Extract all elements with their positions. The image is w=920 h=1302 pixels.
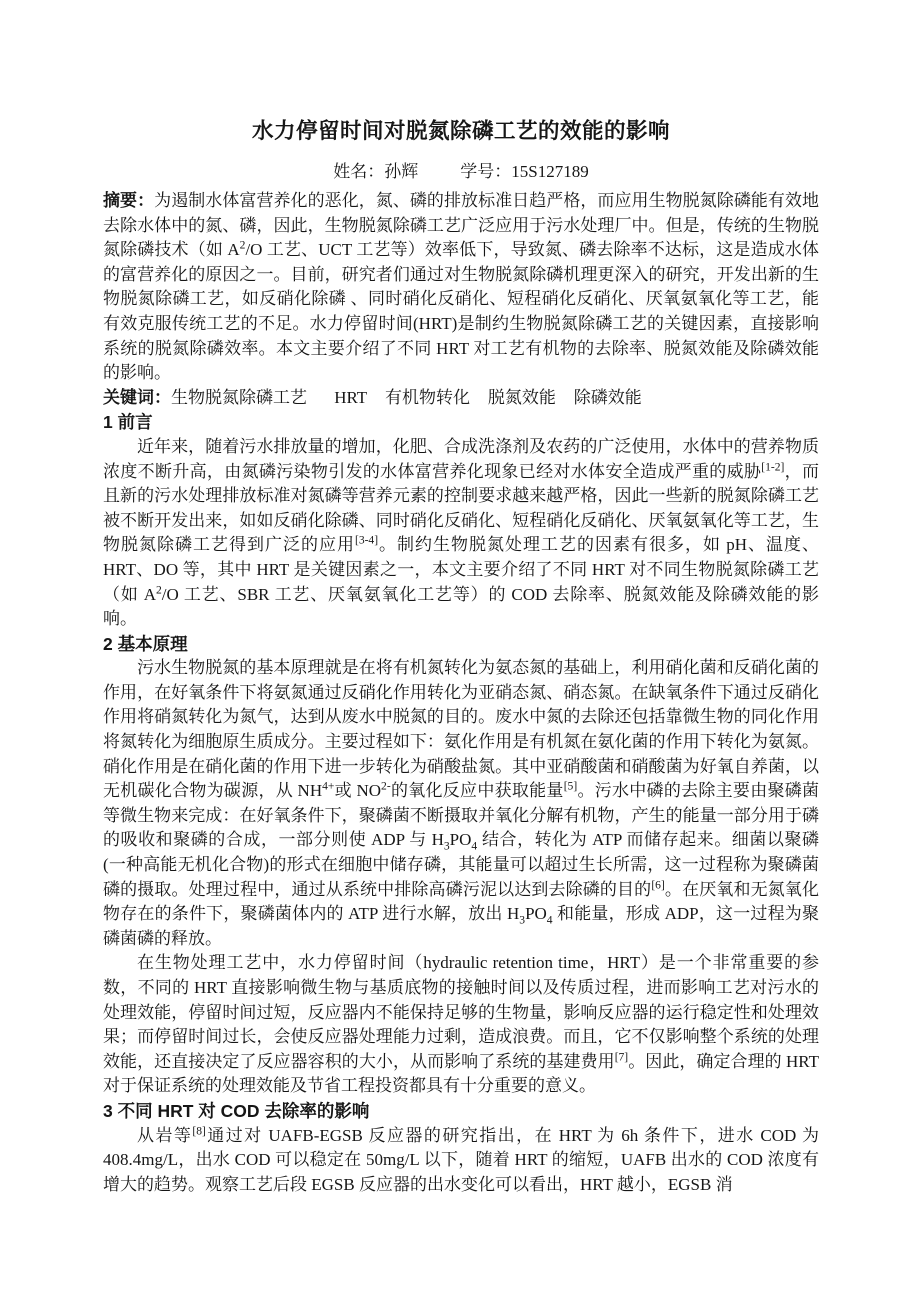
text-segment: PO xyxy=(525,904,547,923)
abstract-text: 为遏制水体富营养化的恶化，氮、磷的排放标准日趋严格，而应用生物脱氮除磷能有效地去… xyxy=(103,191,819,382)
student-id-label: 学号： xyxy=(460,162,511,181)
abstract-label: 摘要： xyxy=(103,191,154,210)
keyword-item: HRT xyxy=(334,388,367,407)
sup-segment: 4+ xyxy=(322,780,334,793)
text-segment: 的氧化反应中获取能量 xyxy=(391,781,564,800)
keyword-item: 除磷效能 xyxy=(574,388,642,407)
section-1-heading: 1 前言 xyxy=(103,410,819,435)
keywords-line: 关键词：生物脱氮除磷工艺HRT有机物转化脱氮效能除磷效能 xyxy=(103,386,819,411)
keywords-list: 生物脱氮除磷工艺HRT有机物转化脱氮效能除磷效能 xyxy=(171,388,660,407)
abstract-paragraph: 摘要：为遏制水体富营养化的恶化，氮、磷的排放标准日趋严格，而应用生物脱氮除磷能有… xyxy=(103,189,819,386)
keywords-label: 关键词： xyxy=(103,388,171,407)
text-segment: 污水生物脱氮的基本原理就是在将有机氮转化为氨态氮的基础上，利用硝化菌和反硝化菌的… xyxy=(103,658,819,800)
text-segment: 通过对 UAFB-EGSB 反应器的研究指出，在 HRT 为 6h 条件下，进水… xyxy=(103,1126,819,1194)
sup-segment: [7] xyxy=(615,1050,628,1063)
keyword-item: 生物脱氮除磷工艺 xyxy=(171,388,307,407)
section-1-paragraph: 近年来，随着污水排放量的增加，化肥、合成洗涤剂及农药的广泛使用，水体中的营养物质… xyxy=(103,435,819,632)
section-3-heading: 3 不同 HRT 对 COD 去除率的影响 xyxy=(103,1099,819,1124)
section-2-paragraph-1: 污水生物脱氮的基本原理就是在将有机氮转化为氨态氮的基础上，利用硝化菌和反硝化菌的… xyxy=(103,656,819,951)
text-segment: PO xyxy=(450,830,472,849)
section-2-paragraph-2: 在生物处理工艺中，水力停留时间（hydraulic retention time… xyxy=(103,951,819,1099)
sup-segment: [3-4] xyxy=(355,534,378,547)
author-line: 姓名：孙辉学号：15S127189 xyxy=(103,160,819,184)
sup-segment: [8] xyxy=(192,1124,205,1137)
text-segment: /O 工艺、SBR 工艺、厌氧氨氧化工艺等）的 COD 去除率、脱氮效能及除磷效… xyxy=(103,585,819,629)
section-3-paragraph: 从岩等[8]通过对 UAFB-EGSB 反应器的研究指出，在 HRT 为 6h … xyxy=(103,1124,819,1198)
document-page: 水力停留时间对脱氮除磷工艺的效能的影响 姓名：孙辉学号：15S127189 摘要… xyxy=(0,0,920,1302)
sup-segment: [6] xyxy=(651,878,664,891)
text-segment: 或 NO xyxy=(334,781,381,800)
keyword-item: 脱氮效能 xyxy=(488,388,556,407)
sup-segment: [5] xyxy=(564,780,577,793)
text-segment: /O 工艺、UCT 工艺等）效率低下，导致氮、磷去除率不达标，这是造成水体的富营… xyxy=(103,240,819,382)
author-name: 孙辉 xyxy=(384,162,418,181)
sup-segment: 2- xyxy=(381,780,391,793)
keyword-item: 有机物转化 xyxy=(385,388,470,407)
sup-segment: [1-2] xyxy=(761,460,784,473)
author-name-label: 姓名： xyxy=(333,162,384,181)
text-segment: 近年来，随着污水排放量的增加，化肥、合成洗涤剂及农药的广泛使用，水体中的营养物质… xyxy=(103,437,819,481)
section-2-heading: 2 基本原理 xyxy=(103,632,819,657)
student-id: 15S127189 xyxy=(511,162,588,181)
document-title: 水力停留时间对脱氮除磷工艺的效能的影响 xyxy=(103,117,819,145)
text-segment: 从岩等 xyxy=(137,1126,192,1145)
